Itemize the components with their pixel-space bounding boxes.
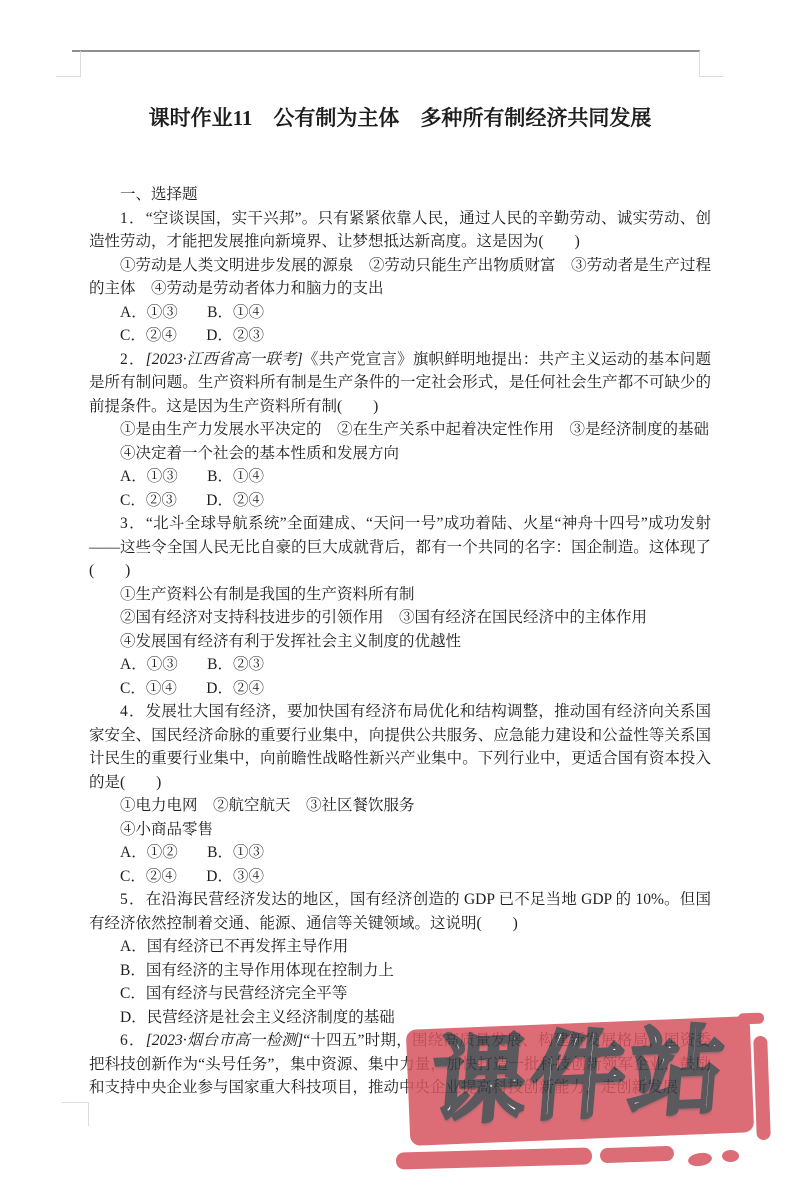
option-d: D．②③ xyxy=(206,327,264,344)
margin-crop-mark-top-right xyxy=(699,51,700,77)
option-a: A．①③ xyxy=(120,304,178,321)
margin-crop-mark-top-left xyxy=(80,51,81,77)
question-stem: 2．[2023·江西省高一联考]《共产党宣言》旗帜鲜明地提出：共产主义运动的基本… xyxy=(89,348,711,419)
options-row: A．①③B．②③ xyxy=(89,653,711,677)
item-line: ④发展国有经济有利于发挥社会主义制度的优越性 xyxy=(89,630,711,654)
option-d: D．民营经济是社会主义经济制度的基础 xyxy=(120,1009,395,1026)
option-d: D．③④ xyxy=(206,868,264,885)
options-row: C．②③D．②④ xyxy=(89,489,711,513)
item-line: ①电力电网 ②航空航天 ③社区餐饮服务 xyxy=(89,794,711,818)
stamp-border-bottom xyxy=(396,1147,592,1169)
options-row: C．②④D．②③ xyxy=(89,324,711,348)
options-row: C．②④D．③④ xyxy=(89,865,711,889)
options-row: A．①②B．①③ xyxy=(89,841,711,865)
question-number: 5． xyxy=(120,891,146,908)
option-d: D．②④ xyxy=(206,680,264,697)
page-top-border xyxy=(72,50,700,52)
option-b: B．①④ xyxy=(207,304,264,321)
stamp-ink-blob xyxy=(687,1151,713,1167)
item-line: ④决定着一个社会的基本性质和发展方向 xyxy=(89,442,711,466)
question-4: 4．发展壮大国有经济，要加快国有经济布局优化和结构调整，推动国有经济向关系国家安… xyxy=(89,700,711,888)
question-5: 5．在沿海民营经济发达的地区，国有经济创造的 GDP 已不足当地 GDP 的 1… xyxy=(89,888,711,1029)
item-line: ①是由生产力发展水平决定的 ②在生产关系中起着决定性作用 ③是经济制度的基础 xyxy=(89,418,711,442)
options-row: C．①④D．②④ xyxy=(89,677,711,701)
options-row: D．民营经济是社会主义经济制度的基础 xyxy=(89,1006,711,1030)
question-number: 6． xyxy=(120,1032,146,1049)
stem-text: 发展壮大国有经济，要加快国有经济布局优化和结构调整，推动国有经济向关系国家安全、… xyxy=(89,703,711,791)
option-b: B．①④ xyxy=(207,468,264,485)
document-body: 课时作业11 公有制为主体 多种所有制经济共同发展 一、选择题 1．“空谈误国，… xyxy=(89,103,711,1100)
question-number: 4． xyxy=(120,703,146,720)
question-number: 1． xyxy=(120,210,146,227)
option-b: B．②③ xyxy=(207,656,264,673)
margin-crop-mark-bottom-left xyxy=(88,1102,89,1126)
margin-crop-mark-top-left xyxy=(56,76,80,77)
question-stem: 3．“北斗全球导航系统”全面建成、“天问一号”成功着陆、火星“神舟十四号”成功发… xyxy=(89,512,711,583)
item-line: ①生产资料公有制是我国的生产资料所有制 xyxy=(89,583,711,607)
section-heading: 一、选择题 xyxy=(89,183,711,207)
source-tag: [2023·江西省高一联考] xyxy=(146,351,303,368)
question-6: 6．[2023·烟台市高一检测]“十四五”时期，围绕高质量发展、构建新发展格局，… xyxy=(89,1029,711,1100)
document-page: 课时作业11 公有制为主体 多种所有制经济共同发展 一、选择题 1．“空谈误国，… xyxy=(0,0,800,1200)
option-b: B．①③ xyxy=(207,844,264,861)
stem-text: 在沿海民营经济发达的地区，国有经济创造的 GDP 已不足当地 GDP 的 10%… xyxy=(89,891,711,932)
option-a: A．①③ xyxy=(120,656,178,673)
item-line: ①劳动是人类文明进步发展的源泉 ②劳动只能生产出物质财富 ③劳动者是生产过程的主… xyxy=(89,254,711,301)
question-stem: 4．发展壮大国有经济，要加快国有经济布局优化和结构调整，推动国有经济向关系国家安… xyxy=(89,700,711,794)
options-row: A．①③B．①④ xyxy=(89,465,711,489)
options-row: B．国有经济的主导作用体现在控制力上 xyxy=(89,959,711,983)
option-c: C．②④ xyxy=(120,868,177,885)
options-row: A．国有经济已不再发挥主导作用 xyxy=(89,935,711,959)
option-c: C．①④ xyxy=(120,680,177,697)
question-stem: 6．[2023·烟台市高一检测]“十四五”时期，围绕高质量发展、构建新发展格局，… xyxy=(89,1029,711,1100)
question-3: 3．“北斗全球导航系统”全面建成、“天问一号”成功着陆、火星“神舟十四号”成功发… xyxy=(89,512,711,700)
stamp-border-top xyxy=(738,1013,764,1025)
option-a: A．①② xyxy=(120,844,178,861)
option-c: C．国有经济与民营经济完全平等 xyxy=(120,985,347,1002)
stem-text: “北斗全球导航系统”全面建成、“天问一号”成功着陆、火星“神舟十四号”成功发射—… xyxy=(89,515,711,579)
stamp-ink-blob xyxy=(722,1150,739,1162)
question-number: 2． xyxy=(120,351,146,368)
stamp-border-right xyxy=(753,1036,771,1140)
option-d: D．②④ xyxy=(206,492,264,509)
option-b: B．国有经济的主导作用体现在控制力上 xyxy=(120,962,394,979)
question-stem: 5．在沿海民营经济发达的地区，国有经济创造的 GDP 已不足当地 GDP 的 1… xyxy=(89,888,711,935)
options-row: C．国有经济与民营经济完全平等 xyxy=(89,982,711,1006)
stem-text: “空谈误国，实干兴邦”。只有紧紧依靠人民，通过人民的辛勤劳动、诚实劳动、创造性劳… xyxy=(89,210,711,251)
option-a: A．国有经济已不再发挥主导作用 xyxy=(120,938,348,955)
item-line: ②国有经济对支持科技进步的引领作用 ③国有经济在国民经济中的主体作用 xyxy=(89,606,711,630)
stamp-border-bottom xyxy=(600,1146,674,1164)
source-tag: [2023·烟台市高一检测] xyxy=(146,1032,303,1049)
question-2: 2．[2023·江西省高一联考]《共产党宣言》旗帜鲜明地提出：共产主义运动的基本… xyxy=(89,348,711,513)
option-a: A．①③ xyxy=(120,468,178,485)
margin-crop-mark-top-right xyxy=(699,76,723,77)
item-line: ④小商品零售 xyxy=(89,818,711,842)
option-c: C．②③ xyxy=(120,492,177,509)
option-c: C．②④ xyxy=(120,327,177,344)
question-number: 3． xyxy=(120,515,146,532)
question-1: 1．“空谈误国，实干兴邦”。只有紧紧依靠人民，通过人民的辛勤劳动、诚实劳动、创造… xyxy=(89,207,711,348)
page-title: 课时作业11 公有制为主体 多种所有制经济共同发展 xyxy=(89,103,711,133)
question-stem: 1．“空谈误国，实干兴邦”。只有紧紧依靠人民，通过人民的辛勤劳动、诚实劳动、创造… xyxy=(89,207,711,254)
options-row: A．①③B．①④ xyxy=(89,301,711,325)
margin-crop-mark-bottom-left xyxy=(62,1102,88,1103)
